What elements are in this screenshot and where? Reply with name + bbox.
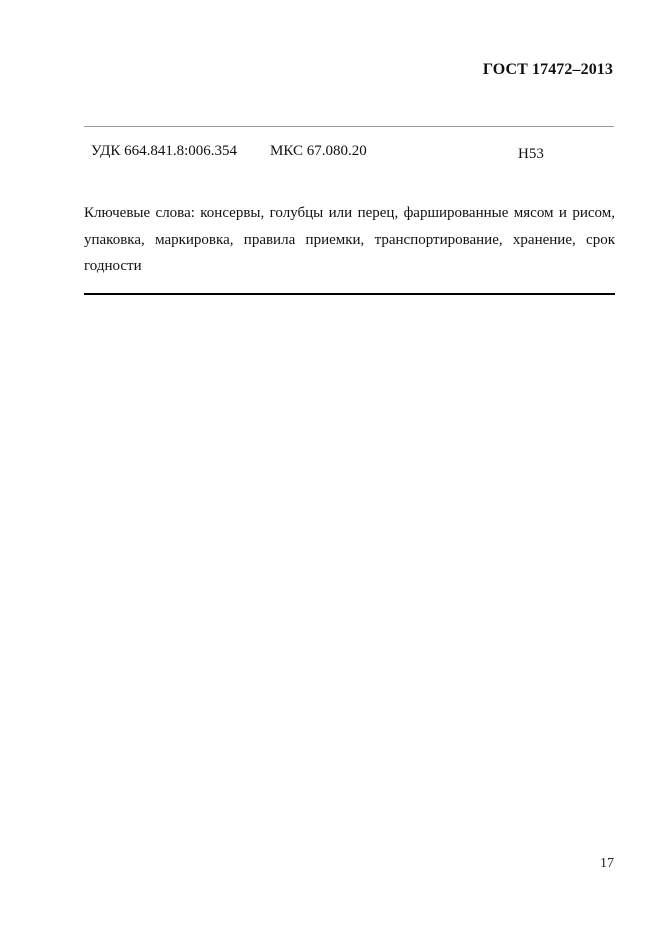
- okp-group-code: Н53: [518, 146, 544, 163]
- standard-designation: ГОСТ 17472–2013: [483, 61, 613, 79]
- classification-codes: УДК 664.841.8:006.354 МКС 67.080.20 Н53: [91, 143, 611, 163]
- udk-code: УДК 664.841.8:006.354: [91, 143, 237, 160]
- bottom-divider: [84, 293, 615, 295]
- mks-code: МКС 67.080.20: [270, 143, 367, 160]
- keywords-paragraph: Ключевые слова: консервы, голубцы или пе…: [84, 200, 615, 280]
- page-number: 17: [600, 856, 614, 872]
- top-divider: [84, 126, 614, 127]
